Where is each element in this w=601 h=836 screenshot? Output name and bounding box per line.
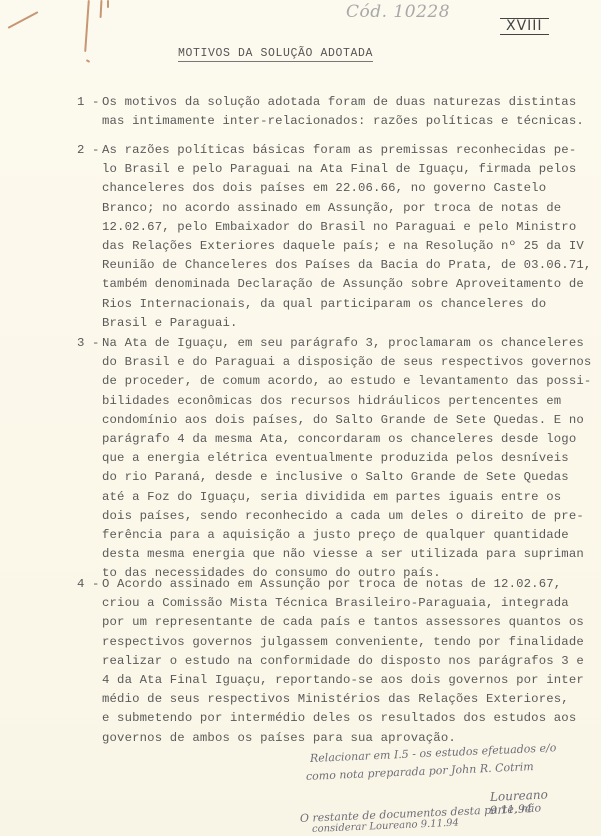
paragraph-number: 2 - bbox=[77, 141, 100, 160]
paragraph-1: 1 - Os motivos da solução adotada foram … bbox=[77, 93, 577, 131]
rust-stain-vertical-short2 bbox=[107, 0, 109, 8]
paragraph-line: e submetendo por intermédio deles os res… bbox=[77, 709, 577, 728]
paragraph-line: Branco; no acordo assinado em Assunção, … bbox=[77, 199, 577, 218]
rust-stain-dot bbox=[86, 59, 90, 63]
paragraph-number: 3 - bbox=[77, 334, 100, 353]
paragraph-line: médio de seus respectivos Ministérios da… bbox=[77, 690, 577, 709]
paragraph-line: Brasil e Paraguai. bbox=[77, 314, 577, 333]
paragraph-line: que a energia elétrica eventualmente pro… bbox=[77, 449, 577, 468]
paragraph-line: de proceder, de comum acordo, ao estudo … bbox=[77, 372, 577, 391]
paragraph-line: dois países, sendo reconhecido a cada um… bbox=[77, 507, 577, 526]
rust-stain-vertical bbox=[84, 0, 90, 52]
paragraph-line: bilidades econômicas dos recursos hidráu… bbox=[77, 392, 577, 411]
paragraph-line: por um representante de cada país e tant… bbox=[77, 613, 577, 632]
paragraph-line: chanceleres dos dois países em 22.06.66,… bbox=[77, 179, 577, 198]
paragraph-2: 2 - As razões políticas básicas foram as… bbox=[77, 141, 577, 333]
paragraph-line: também denominada Declaração de Assunção… bbox=[77, 275, 577, 294]
page-title: MOTIVOS DA SOLUÇÃO ADOTADA bbox=[178, 47, 373, 62]
paragraph-line: lo Brasil e pelo Paraguai na Ata Final d… bbox=[77, 160, 577, 179]
paragraph-line: criou a Comissão Mista Técnica Brasileir… bbox=[77, 594, 577, 613]
paragraph-4: 4 - O Acordo assinado em Assunção por tr… bbox=[77, 575, 577, 748]
paragraph-line: desta mesma energia que não viesse a ser… bbox=[77, 545, 577, 564]
section-number: XVIII bbox=[500, 18, 549, 35]
paragraph-line: As razões políticas básicas foram as pre… bbox=[77, 141, 577, 160]
paragraph-line: 12.02.67, pelo Embaixador do Brasil no P… bbox=[77, 218, 577, 237]
paragraph-line: 4 da Ata Final Iguaçu, reportando-se aos… bbox=[77, 671, 577, 690]
paragraph-line: condomínio aos dois países, do Salto Gra… bbox=[77, 411, 577, 430]
paragraph-line: respectivos governos julgassem convenien… bbox=[77, 633, 577, 652]
paragraph-3: 3 - Na Ata de Iguaçu, em seu parágrafo 3… bbox=[77, 334, 577, 584]
paragraph-line: até a Foz do Iguaçu, seria dividida em p… bbox=[77, 488, 577, 507]
paragraph-line: parágrafo 4 da mesma Ata, concordaram os… bbox=[77, 430, 577, 449]
paragraph-line: das Relações Exteriores daquele país; e … bbox=[77, 237, 577, 256]
rust-stain-diagonal bbox=[8, 11, 39, 29]
paragraph-line: realizar o estudo na conformidade do dis… bbox=[77, 652, 577, 671]
document-page: Cód. 10228 XVIII MOTIVOS DA SOLUÇÃO ADOT… bbox=[0, 0, 601, 836]
paragraph-number: 1 - bbox=[77, 93, 100, 112]
paragraph-line: ferência para a aquisição a justo preço … bbox=[77, 526, 577, 545]
paragraph-line: Na Ata de Iguaçu, em seu parágrafo 3, pr… bbox=[77, 334, 577, 353]
paragraph-line: do Brasil e do Paraguai a disposição de … bbox=[77, 353, 577, 372]
paragraph-line: Rios Internacionais, da qual participara… bbox=[77, 295, 577, 314]
paragraph-line: O Acordo assinado em Assunção por troca … bbox=[77, 575, 577, 594]
code-annotation: Cód. 10228 bbox=[346, 2, 450, 22]
paragraph-number: 4 - bbox=[77, 575, 100, 594]
paragraph-line: mas intimamente inter-relacionados: razõ… bbox=[77, 112, 577, 131]
rust-stain-vertical-short bbox=[100, 0, 102, 18]
paragraph-line: Os motivos da solução adotada foram de d… bbox=[77, 93, 577, 112]
paragraph-line: Reunião de Chanceleres dos Países da Bac… bbox=[77, 256, 577, 275]
paragraph-line: do rio Paraná, desde e inclusive o Salto… bbox=[77, 468, 577, 487]
